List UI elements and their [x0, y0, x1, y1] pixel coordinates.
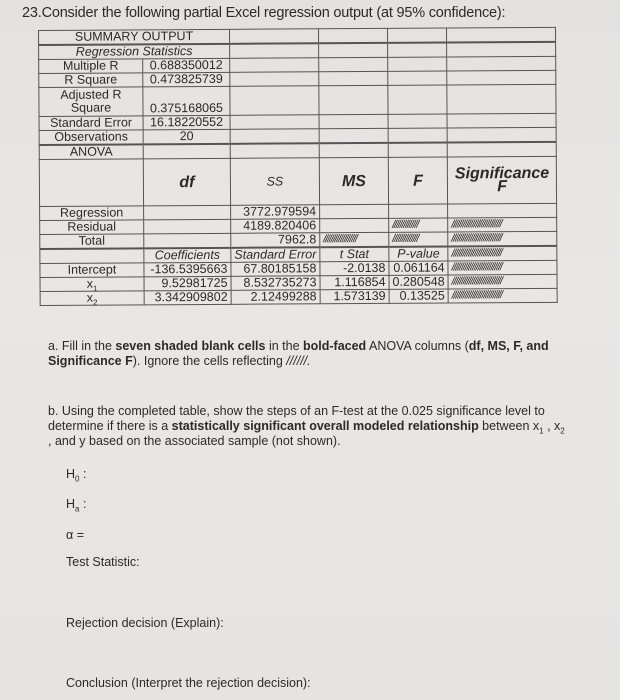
- sig-cell[interactable]: [448, 203, 557, 218]
- hatched-cell: ///////////////////////////: [448, 260, 557, 275]
- coef-row: x2 3.342909802 2.12499288 1.573139 0.135…: [40, 288, 557, 305]
- stat-label: Standard Error: [39, 116, 143, 131]
- coef-value: 3.342909802: [144, 290, 231, 305]
- anova-row-label: Residual: [40, 220, 144, 235]
- anova-row-label: Total: [40, 234, 144, 249]
- conclusion-label: Conclusion (Interpret the rejection deci…: [66, 676, 311, 690]
- rejection-decision-label: Rejection decision (Explain):: [66, 616, 224, 630]
- t-value: 1.116854: [320, 275, 389, 289]
- part-b-instructions: b. Using the completed table, show the s…: [48, 404, 568, 449]
- test-statistic-label: Test Statistic:: [66, 555, 140, 569]
- question-text: Consider the following partial Excel reg…: [42, 5, 506, 21]
- se-value: 8.532735273: [231, 276, 320, 291]
- f-cell[interactable]: [389, 204, 448, 218]
- anova-header-row: df SS MS F SignificanceF: [39, 156, 556, 206]
- summary-header: SUMMARY OUTPUT: [39, 29, 230, 45]
- stat-row: Adjusted RSquare 0.375168065: [39, 84, 556, 116]
- header-ms: MS: [319, 157, 388, 204]
- coef-label: Intercept: [40, 263, 144, 278]
- regression-output-table: SUMMARY OUTPUT Regression Statistics Mul…: [38, 27, 558, 306]
- hatched-cell: //////////////: [389, 232, 448, 247]
- ss-cell: 3772.979594: [231, 205, 320, 220]
- stat-value: 16.18220552: [143, 115, 230, 130]
- coef-label: x1: [40, 277, 144, 292]
- stat-value: 0.473825739: [143, 72, 230, 87]
- question-title: 23.Consider the following partial Excel …: [22, 5, 505, 21]
- df-cell[interactable]: [144, 219, 231, 234]
- question-number: 23.: [22, 5, 42, 21]
- coef-label: x2: [40, 291, 144, 306]
- alpha-label: α =: [66, 528, 84, 542]
- coef-value: 9.52981725: [144, 276, 231, 291]
- df-cell[interactable]: [144, 205, 231, 220]
- header-f: F: [388, 157, 447, 204]
- df-cell[interactable]: [144, 233, 231, 248]
- header-ss: SS: [230, 158, 319, 206]
- ms-cell[interactable]: [320, 218, 389, 232]
- ms-cell[interactable]: [320, 204, 389, 218]
- hatched-cell: ///////////////////////////: [448, 217, 557, 232]
- stat-value: 0.375168065: [143, 86, 230, 116]
- ss-cell: 7962.8: [231, 233, 320, 248]
- p-value: 0.13525: [389, 289, 448, 303]
- header-coefficients: Coefficients: [144, 248, 231, 263]
- anova-row-label: Regression: [40, 206, 144, 221]
- p-value: 0.280548: [389, 275, 448, 289]
- stat-label: R Square: [39, 73, 143, 88]
- header-standard-error: Standard Error: [231, 247, 320, 262]
- header-p-value: P-value: [389, 246, 448, 261]
- t-value: 1.573139: [320, 289, 389, 303]
- se-value: 67.80185158: [231, 262, 320, 277]
- se-value: 2.12499288: [231, 290, 320, 305]
- hatched-cell: //////////////////: [320, 232, 389, 247]
- stat-value: 0.688350012: [143, 58, 230, 73]
- part-a-instructions: a. Fill in the seven shaded blank cells …: [48, 339, 568, 369]
- stat-label: Observations: [39, 130, 143, 145]
- header-significance-f: SignificanceF: [447, 156, 556, 204]
- anova-label: ANOVA: [39, 144, 143, 159]
- stat-value: 20: [143, 129, 230, 144]
- hatched-cell: ///////////////////////////: [448, 288, 557, 303]
- hatched-cell: //////////////: [389, 218, 448, 232]
- t-value: -2.0138: [320, 261, 389, 275]
- null-hypothesis-label: H0 :: [66, 467, 86, 481]
- hatched-cell: ///////////////////////////: [448, 274, 557, 289]
- stat-label: Adjusted RSquare: [39, 87, 143, 117]
- ss-cell: 4189.820406: [231, 219, 320, 234]
- stat-label: Multiple R: [39, 59, 143, 74]
- coef-value: -136.5395663: [144, 262, 231, 277]
- hatched-cell: ///////////////////////////: [448, 246, 557, 261]
- hatched-cell: ///////////////////////////: [448, 231, 557, 246]
- header-t-stat: t Stat: [320, 247, 389, 262]
- alt-hypothesis-label: Ha :: [66, 497, 86, 511]
- header-df: df: [143, 158, 230, 206]
- p-value: 0.061164: [389, 261, 448, 275]
